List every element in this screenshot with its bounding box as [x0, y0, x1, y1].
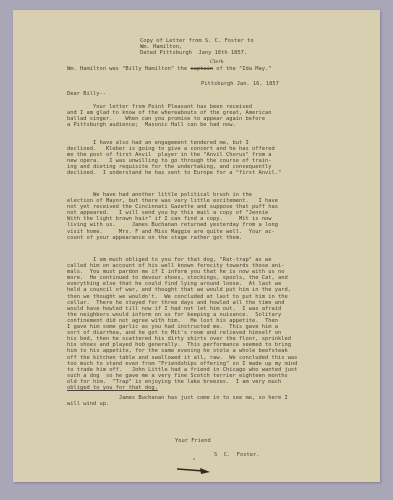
handwritten-correction: Clerk [210, 59, 224, 65]
paragraph-3: We have had another little political bru… [67, 192, 278, 241]
copy-header: Copy of Letter from S. C. Foster to Wm. … [140, 38, 254, 56]
pencil-arrow-mark [176, 465, 216, 475]
text-line: will wind up. [67, 401, 288, 407]
text-line: would have howled till now if I had not … [67, 306, 297, 312]
text-line: cellar. There he stayed for three days a… [67, 300, 297, 306]
salutation: Dear Billy-- [67, 91, 106, 97]
text-line: a Pittsburgh audience; Masonic Hall can … [67, 122, 271, 128]
paragraph-2: I have also had an engagement tendered m… [67, 140, 281, 177]
header-line: Dated Pittsburgh Jany 16th 1857. [140, 50, 254, 56]
closing: Your Friend [175, 438, 211, 444]
letter-page [13, 10, 380, 482]
text-line: to trade him off. John Little had a frie… [67, 367, 297, 373]
paragraph-4: I am much obliged to you for that dog, "… [67, 257, 297, 391]
text-line: off the kitchen table and swallowed it a… [67, 355, 297, 361]
text-line: too much to stand even from "Friendships… [67, 361, 297, 367]
text-line: count of your appearance on the stage ra… [67, 235, 278, 241]
note-suffix: of the "Ida May." [213, 66, 271, 72]
ink-dot [193, 458, 195, 460]
text-line: him to his appetite, for the same evenin… [67, 348, 297, 354]
note-prefix: Wm. Hamilton was "Billy Hamilton" the [67, 66, 190, 72]
text-line: such a dog so he gave me a very fine Sco… [67, 373, 297, 379]
paragraph-1: Your letter from Point Pleasant has been… [67, 104, 271, 128]
place-date: Pittsburgh Jan. 16, 1857 [201, 81, 279, 87]
signature: S C. Foster. [214, 452, 259, 458]
text-line: living with us. James Buchanan returned … [67, 222, 278, 228]
text-line: visit home. Mrs. F and Miss Maggie are q… [67, 229, 278, 235]
hamilton-note: Wm. Hamilton was "Billy Hamilton" the ca… [67, 66, 271, 72]
underlined-text-line: obliged to you for that dog. [67, 385, 297, 391]
paragraph-5: James Buchanan has just come in to see m… [67, 395, 288, 407]
note-struck-word: captain [190, 66, 213, 72]
text-line: held a council of war, and thought that … [67, 287, 297, 293]
text-line: then we thought we wouldn't. We conclude… [67, 294, 297, 300]
text-line: declined. I understand he has sent to Eu… [67, 170, 281, 176]
